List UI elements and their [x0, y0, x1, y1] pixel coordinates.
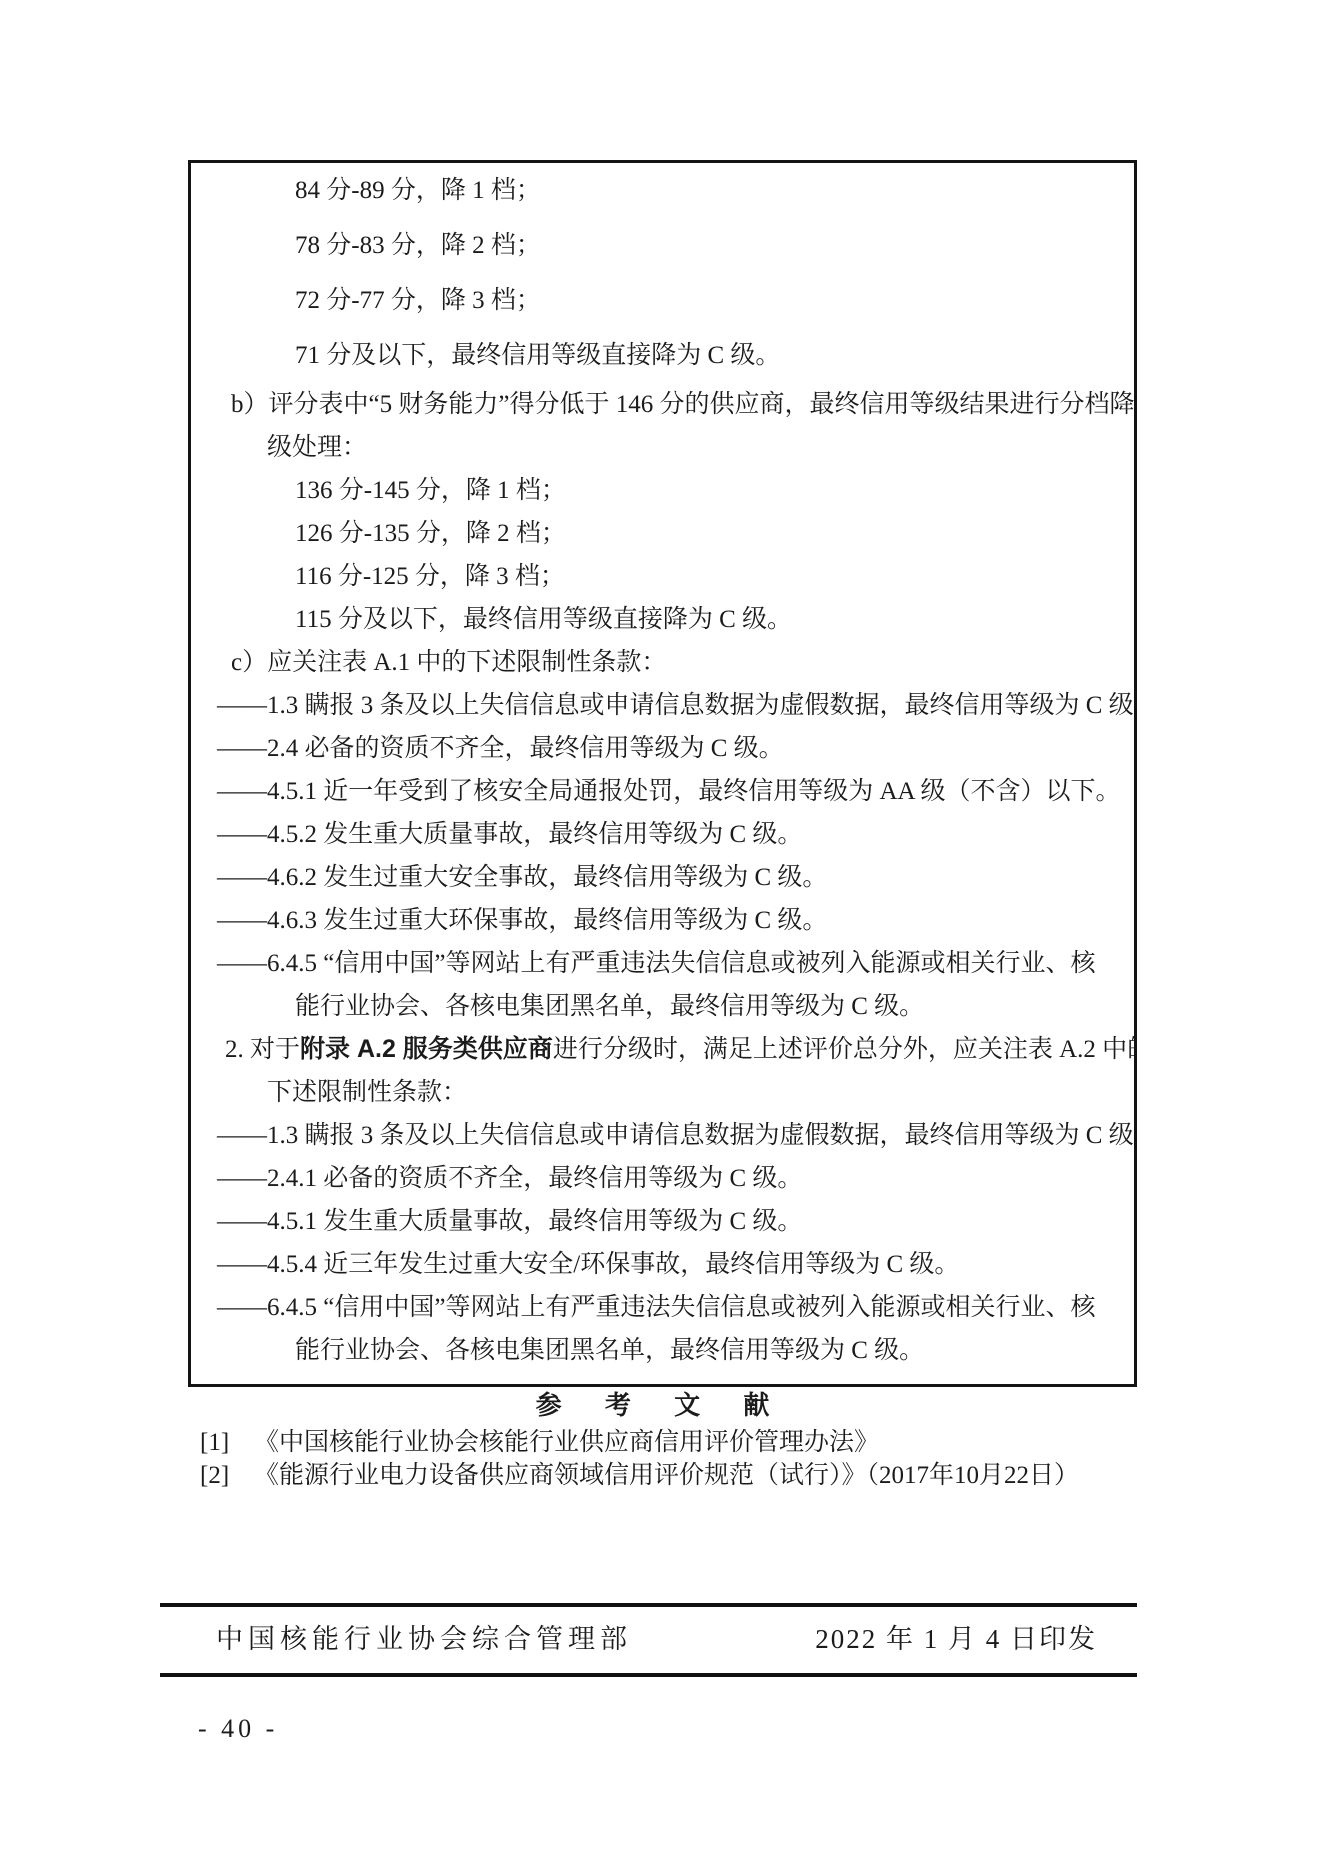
- footer-date: 2022 年 1 月 4 日印发: [815, 1618, 1097, 1660]
- doc-line-item-2: 2. 对于附录 A.2 服务类供应商进行分级时，满足上述评价总分外，应关注表 A…: [191, 1028, 1134, 1071]
- doc-line: ——2.4.1 必备的资质不齐全，最终信用等级为 C 级。: [191, 1157, 1134, 1200]
- doc-line: b）评分表中“5 财务能力”得分低于 146 分的供应商，最终信用等级结果进行分…: [191, 383, 1134, 426]
- doc-line: ——6.4.5 “信用中国”等网站上有严重违法失信信息或被列入能源或相关行业、核: [191, 942, 1134, 985]
- doc-line: 72 分-77 分，降 3 档；: [191, 273, 1134, 328]
- doc-line: 下述限制性条款：: [191, 1071, 1134, 1114]
- page-number: - 40 -: [198, 1714, 278, 1744]
- reference-marker: [1]: [200, 1426, 254, 1459]
- reference-text: 《能源行业电力设备供应商领域信用评价规范（试行）》（2017年10月22日）: [254, 1459, 1079, 1492]
- doc-line: 136 分-145 分，降 1 档；: [191, 469, 1134, 512]
- footer-issuer: 中国核能行业协会综合管理部: [216, 1618, 632, 1660]
- doc-line: ——4.6.2 发生过重大安全事故，最终信用等级为 C 级。: [191, 856, 1134, 899]
- doc-line: ——4.5.1 近一年受到了核安全局通报处罚，最终信用等级为 AA 级（不含）以…: [191, 770, 1134, 813]
- content-box: 84 分-89 分，降 1 档； 78 分-83 分，降 2 档； 72 分-7…: [188, 160, 1137, 1387]
- doc-line: ——6.4.5 “信用中国”等网站上有严重违法失信信息或被列入能源或相关行业、核: [191, 1286, 1134, 1329]
- doc-line: ——4.5.1 发生重大质量事故，最终信用等级为 C 级。: [191, 1200, 1134, 1243]
- reference-marker: [2]: [200, 1459, 254, 1492]
- reference-item: [2] 《能源行业电力设备供应商领域信用评价规范（试行）》（2017年10月22…: [0, 1459, 1323, 1492]
- doc-line: ——4.5.4 近三年发生过重大安全/环保事故，最终信用等级为 C 级。: [191, 1243, 1134, 1286]
- doc-line: ——4.6.3 发生过重大环保事故，最终信用等级为 C 级。: [191, 899, 1134, 942]
- score-downgrade-section-a: 84 分-89 分，降 1 档； 78 分-83 分，降 2 档； 72 分-7…: [191, 163, 1134, 383]
- references-section: 参 考 文 献 [1] 《中国核能行业协会核能行业供应商信用评价管理办法》 [2…: [0, 1390, 1323, 1492]
- document-page: 84 分-89 分，降 1 档； 78 分-83 分，降 2 档； 72 分-7…: [0, 0, 1323, 1871]
- reference-text: 《中国核能行业协会核能行业供应商信用评价管理办法》: [254, 1426, 879, 1459]
- reference-item: [1] 《中国核能行业协会核能行业供应商信用评价管理办法》: [0, 1426, 1323, 1459]
- footer-rule-bottom: [160, 1673, 1137, 1677]
- doc-line: 116 分-125 分，降 3 档；: [191, 555, 1134, 598]
- doc-line: c）应关注表 A.1 中的下述限制性条款：: [191, 641, 1134, 684]
- footer-row: 中国核能行业协会综合管理部 2022 年 1 月 4 日印发: [160, 1618, 1137, 1660]
- doc-line: ——4.5.2 发生重大质量事故，最终信用等级为 C 级。: [191, 813, 1134, 856]
- doc-line: 84 分-89 分，降 1 档；: [191, 163, 1134, 218]
- doc-line: 78 分-83 分，降 2 档；: [191, 218, 1134, 273]
- doc-line: ——2.4 必备的资质不齐全，最终信用等级为 C 级。: [191, 727, 1134, 770]
- doc-line: ——1.3 瞒报 3 条及以上失信信息或申请信息数据为虚假数据，最终信用等级为 …: [191, 684, 1134, 727]
- references-heading: 参 考 文 献: [0, 1390, 1323, 1420]
- item-2-suffix: 进行分级时，满足上述评价总分外，应关注表 A.2 中的: [553, 1036, 1137, 1063]
- footer-rule-top: [160, 1603, 1137, 1607]
- item-2-bold-segment: 附录 A.2 服务类供应商: [300, 1035, 553, 1063]
- doc-line: 能行业协会、各核电集团黑名单，最终信用等级为 C 级。: [191, 1329, 1134, 1372]
- doc-line: 115 分及以下，最终信用等级直接降为 C 级。: [191, 598, 1134, 641]
- doc-line: 71 分及以下，最终信用等级直接降为 C 级。: [191, 328, 1134, 383]
- doc-line: 能行业协会、各核电集团黑名单，最终信用等级为 C 级。: [191, 985, 1134, 1028]
- doc-line: 级处理：: [191, 426, 1134, 469]
- doc-line: ——1.3 瞒报 3 条及以上失信信息或申请信息数据为虚假数据，最终信用等级为 …: [191, 1114, 1134, 1157]
- score-downgrade-section-b: b）评分表中“5 财务能力”得分低于 146 分的供应商，最终信用等级结果进行分…: [191, 383, 1134, 1372]
- doc-line: 126 分-135 分，降 2 档；: [191, 512, 1134, 555]
- item-2-prefix: 2. 对于: [225, 1036, 300, 1063]
